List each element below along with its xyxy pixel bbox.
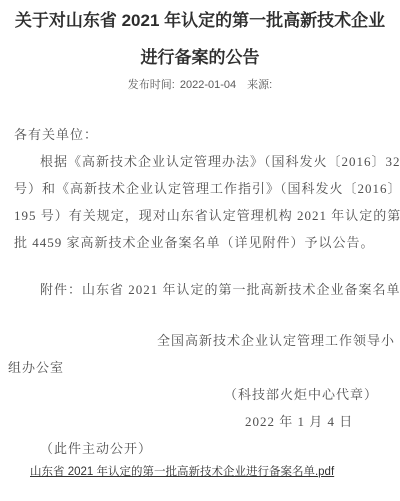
page-title-line-1: 关于对山东省 2021 年认定的第一批高新技术企业: [8, 2, 392, 39]
salutation: 各有关单位：: [14, 121, 386, 148]
publish-date-value: 2022-01-04: [180, 78, 236, 92]
announcement-page: 关于对山东省 2021 年认定的第一批高新技术企业 进行备案的公告 发布时间: …: [0, 0, 400, 501]
disclosure-note: （此件主动公开）: [40, 435, 386, 462]
signature-org-line-2: 组办公室: [8, 354, 386, 381]
paragraph-line: 批 4459 家高新技术企业备案名单（详见附件）予以公告。: [14, 229, 386, 256]
paragraph-line: 195 号）有关规定，现对山东省认定管理机构 2021 年认定的第一: [14, 202, 386, 229]
issue-date: 2022 年 1 月 4 日: [245, 408, 386, 435]
document-body: 各有关单位： 根据《高新技术企业认定管理办法》（国科发火〔2016〕32 号）和…: [0, 121, 400, 462]
page-title: 关于对山东省 2021 年认定的第一批高新技术企业 进行备案的公告: [0, 2, 400, 76]
attachment-note: 附件：山东省 2021 年认定的第一批高新技术企业备案名单: [14, 276, 386, 303]
publish-date-label: 发布时间:: [128, 78, 175, 92]
paragraph-line: 根据《高新技术企业认定管理办法》（国科发火〔2016〕32: [14, 148, 386, 175]
paragraph-line: 号）和《高新技术企业认定管理工作指引》（国科发火〔2016〕: [14, 175, 386, 202]
publish-meta: 发布时间: 2022-01-04 来源:: [0, 78, 400, 92]
attachment-pdf-link[interactable]: 山东省 2021 年认定的第一批高新技术企业进行备案名单.pdf: [30, 465, 334, 480]
signature-org-line-1: 全国高新技术企业认定管理工作领导小: [157, 327, 386, 354]
seal-note: （科技部火炬中心代章）: [224, 381, 386, 408]
page-title-line-2: 进行备案的公告: [8, 39, 392, 76]
source-label: 来源:: [247, 78, 272, 92]
